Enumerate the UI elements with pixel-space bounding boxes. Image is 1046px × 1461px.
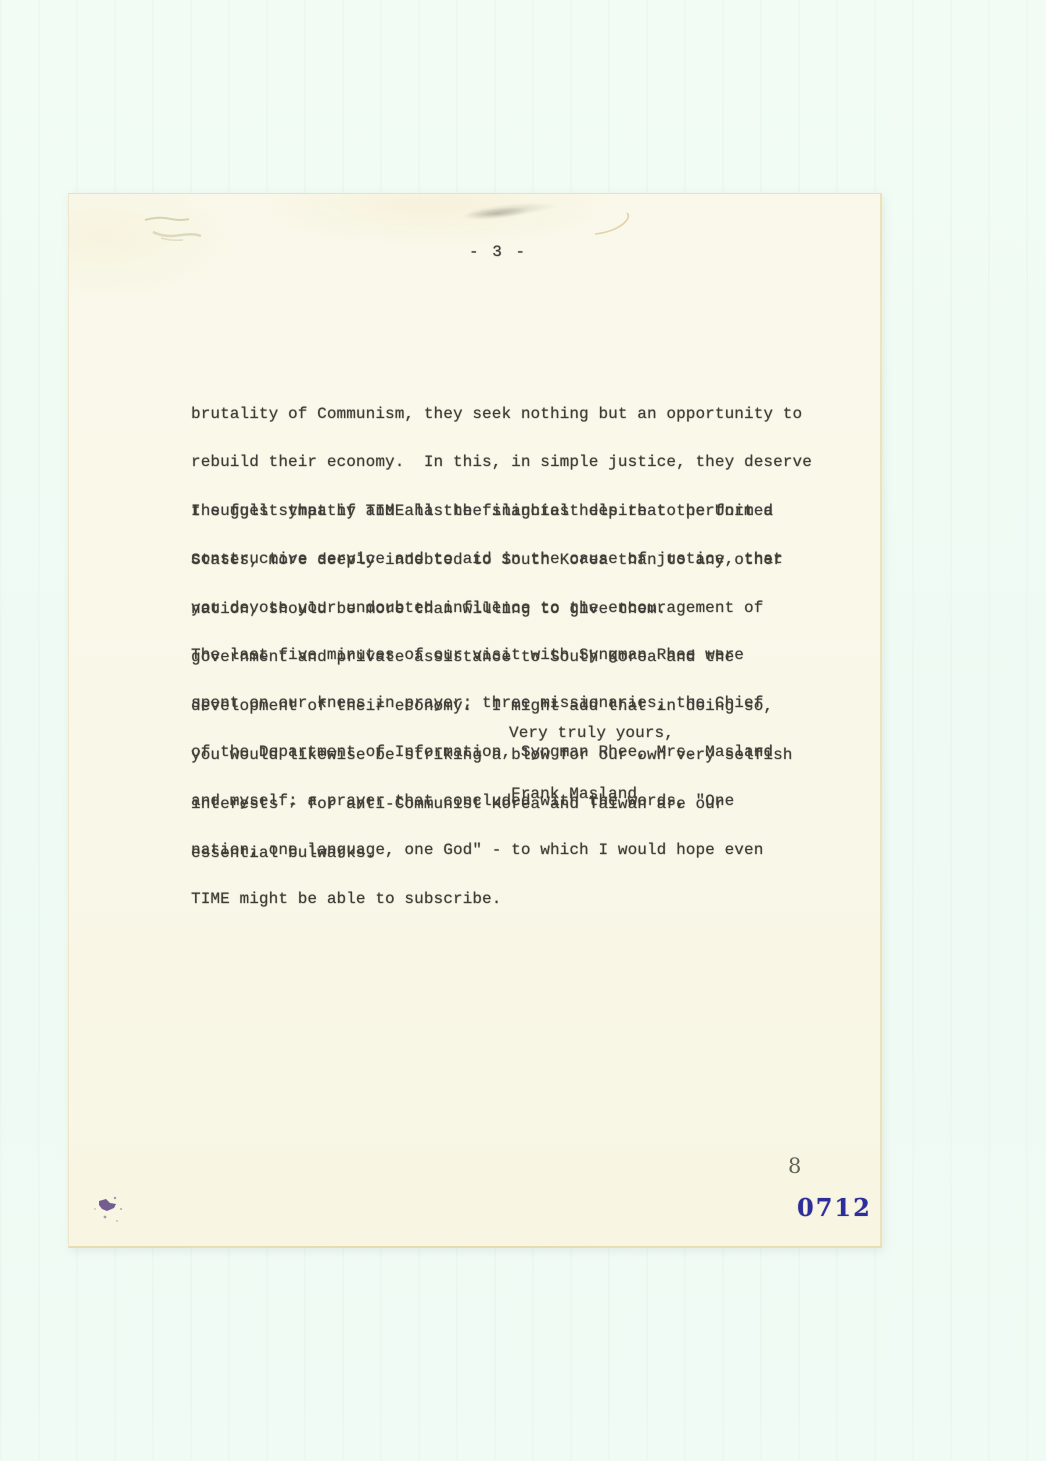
text-line: constructive service and to aid in the c… — [191, 551, 793, 567]
page-number: - 3 - — [469, 244, 527, 260]
text-line: rebuild their economy. In this, in simpl… — [191, 454, 812, 470]
text-line: nation, one language, one God" - to whic… — [191, 842, 773, 858]
text-line: TIME might be able to subscribe. — [191, 891, 773, 907]
text-line: and myself; a prayer that concluded with… — [191, 793, 773, 809]
pencil-scribble-artifact — [83, 214, 223, 246]
smudge-artifact — [449, 199, 562, 225]
text-line: The last five minutes of our visit with … — [191, 647, 773, 663]
text-line: brutality of Communism, they seek nothin… — [191, 406, 812, 422]
letter-page: - 3 - brutality of Communism, they seek … — [68, 193, 882, 1248]
catalog-number-stamp: 0712 — [797, 1193, 872, 1222]
closing-line: Very truly yours, — [509, 725, 674, 741]
scan-background: - 3 - brutality of Communism, they seek … — [0, 0, 1046, 1461]
scratch-mark-artifact — [593, 210, 641, 240]
text-line: of the Department of Information, Syngma… — [191, 744, 773, 760]
paragraph-3: The last five minutes of our visit with … — [191, 614, 773, 940]
pencil-page-index: 8 — [788, 1154, 801, 1178]
signature-name: Frank Masland — [511, 786, 637, 802]
ink-blot-artifact — [91, 1193, 137, 1227]
text-line: I suggest that if TIME has the slightest… — [191, 503, 793, 519]
text-line: spent on our knees in prayer; three miss… — [191, 695, 773, 711]
